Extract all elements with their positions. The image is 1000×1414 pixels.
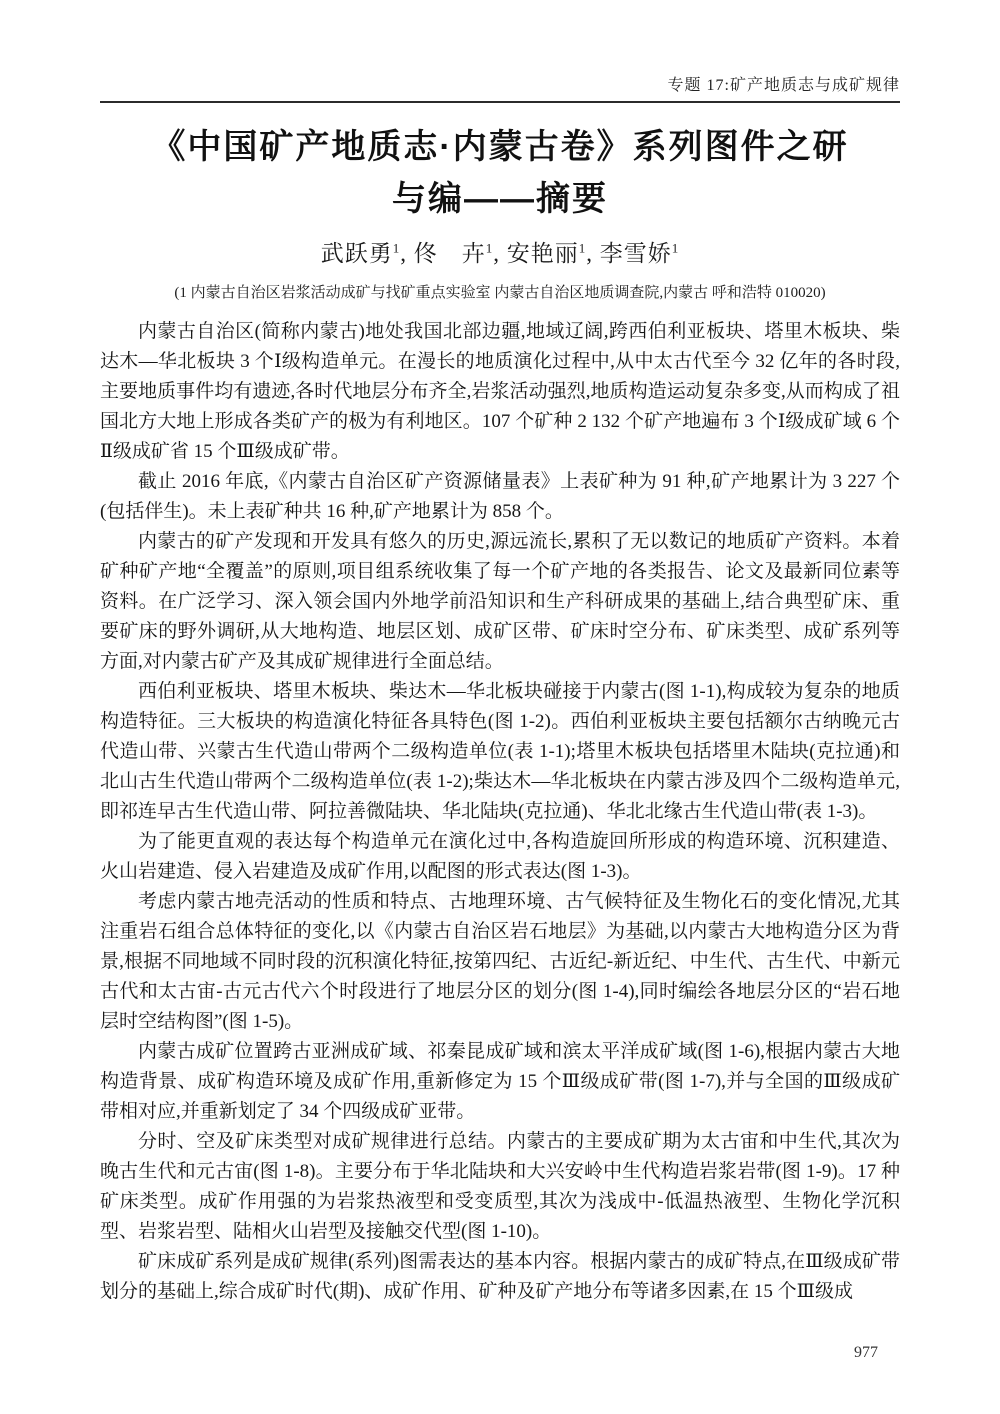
author: 佟 卉1 [414, 241, 494, 266]
author-superscript: 1 [486, 240, 494, 255]
author-superscript: 1 [672, 240, 680, 255]
author-superscript: 1 [579, 240, 587, 255]
paragraph: 矿床成矿系列是成矿规律(系列)图需表达的基本内容。根据内蒙古的成矿特点,在Ⅲ级成… [100, 1247, 900, 1307]
authors-line: 武跃勇1, 佟 卉1, 安艳丽1, 李雪娇1 [100, 235, 900, 268]
paragraph: 分时、空及矿床类型对成矿规律进行总结。内蒙古的主要成矿期为太古宙和中生代,其次为… [100, 1127, 900, 1247]
page-number: 977 [854, 1344, 878, 1362]
paragraph: 内蒙古的矿产发现和开发具有悠久的历史,源远流长,累积了无以数记的地质矿产资料。本… [100, 527, 900, 677]
paper-title: 《中国矿产地质志·内蒙古卷》系列图件之研 与编——摘要 [100, 121, 900, 225]
paragraph: 考虑内蒙古地壳活动的性质和特点、古地理环境、古气候特征及生物化石的变化情况,尤其… [100, 887, 900, 1037]
paragraph: 内蒙古自治区(简称内蒙古)地处我国北部边疆,地域辽阔,跨西伯利亚板块、塔里木板块… [100, 317, 900, 467]
author: 安艳丽1 [507, 241, 587, 266]
paragraph: 截止 2016 年底,《内蒙古自治区矿产资源储量表》上表矿种为 91 种,矿产地… [100, 467, 900, 527]
author: 李雪娇1 [600, 241, 680, 266]
running-header: 专题 17:矿产地质志与成矿规律 [100, 0, 900, 103]
paragraph: 西伯利亚板块、塔里木板块、柴达木—华北板块碰接于内蒙古(图 1-1),构成较为复… [100, 677, 900, 827]
paper-title-line1: 《中国矿产地质志·内蒙古卷》系列图件之研 [151, 128, 848, 166]
abstract-body: 内蒙古自治区(简称内蒙古)地处我国北部边疆,地域辽阔,跨西伯利亚板块、塔里木板块… [100, 317, 900, 1307]
author-superscript: 1 [393, 240, 401, 255]
running-header-text: 专题 17:矿产地质志与成矿规律 [668, 77, 900, 94]
paper-title-line2: 与编——摘要 [392, 180, 608, 218]
author: 武跃勇1 [321, 241, 401, 266]
document-page: 专题 17:矿产地质志与成矿规律 《中国矿产地质志·内蒙古卷》系列图件之研 与编… [0, 0, 1000, 1414]
affiliation: (1 内蒙古自治区岩浆活动成矿与找矿重点实验室 内蒙古自治区地质调查院,内蒙古 … [100, 281, 900, 302]
paragraph: 为了能更直观的表达每个构造单元在演化过中,各构造旋回所形成的构造环境、沉积建造、… [100, 827, 900, 887]
paragraph: 内蒙古成矿位置跨古亚洲成矿域、祁秦昆成矿域和滨太平洋成矿域(图 1-6),根据内… [100, 1037, 900, 1127]
